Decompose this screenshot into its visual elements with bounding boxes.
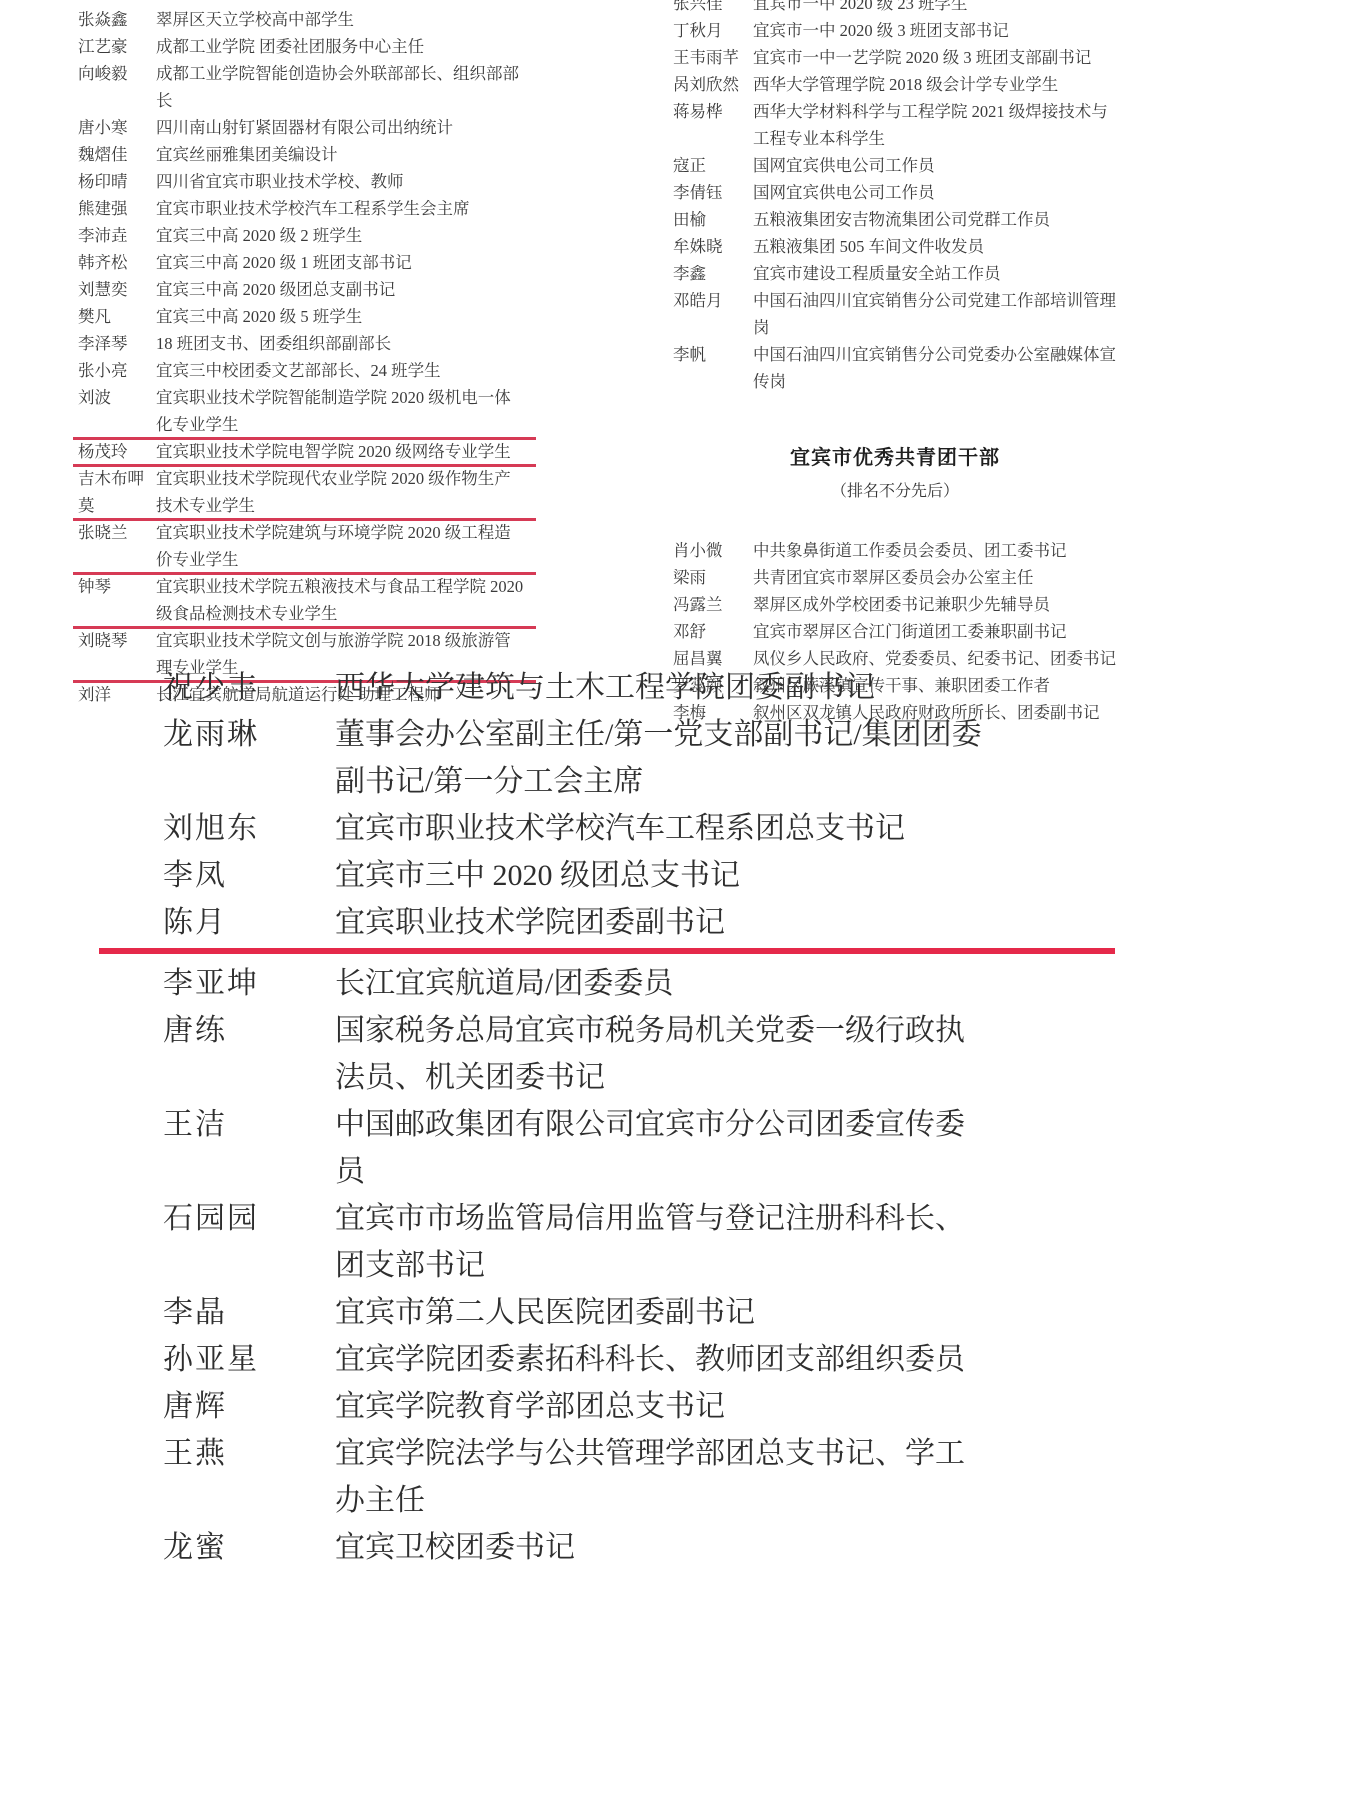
list-item: 王燕宜宾学院法学与公共管理学部团总支书记、学工办主任 [163, 1430, 993, 1524]
list-item: 刘慧奕宜宾三中高 2020 级团总支副书记 [78, 276, 526, 303]
person-position: 五粮液集团安吉物流集团公司党群工作员 [753, 206, 1117, 233]
person-position: 翠屏区天立学校高中部学生 [156, 6, 526, 33]
person-name: 向峻毅 [78, 60, 156, 87]
person-position: 宜宾三中高 2020 级 2 班学生 [156, 222, 526, 249]
person-name: 邓皓月 [673, 287, 753, 314]
person-name: 丁秋月 [673, 17, 753, 44]
person-position: 四川省宜宾市职业技术学校、教师 [156, 168, 526, 195]
list-item: 龙雨琳董事会办公室副主任/第一党支部副书记/集团团委副书记/第一分工会主席 [163, 711, 993, 805]
list-item: 刘波宜宾职业技术学院智能制造学院 2020 级机电一体化专业学生 [78, 384, 526, 438]
person-position: 西华大学管理学院 2018 级会计学专业学生 [753, 71, 1117, 98]
person-name: 肖小微 [673, 537, 753, 564]
person-name: 刘慧奕 [78, 276, 156, 303]
person-name: 张焱鑫 [78, 6, 156, 33]
person-name: 石园园 [163, 1195, 335, 1242]
person-name: 唐练 [163, 1007, 335, 1054]
list-item: 唐小寒四川南山射钉紧固器材有限公司出纳统计 [78, 114, 526, 141]
person-position: 宜宾市职业技术学校汽车工程系团总支书记 [335, 805, 993, 852]
list-item: 张小亮宜宾三中校团委文艺部部长、24 班学生 [78, 357, 526, 384]
person-name: 寇正 [673, 152, 753, 179]
list-item: 韩齐松宜宾三中高 2020 级 1 班团支部书记 [78, 249, 526, 276]
members-left-column: 张焱鑫翠屏区天立学校高中部学生江艺豪成都工业学院 团委社团服务中心主任向峻毅成都… [78, 6, 526, 708]
list-item: 李沛垚宜宾三中高 2020 级 2 班学生 [78, 222, 526, 249]
person-position: 宜宾市翠屏区合江门街道团工委兼职副书记 [753, 618, 1117, 645]
person-position: 宜宾卫校团委书记 [335, 1524, 993, 1571]
person-name: 牟姝晓 [673, 233, 753, 260]
person-position: 宜宾职业技术学院建筑与环境学院 2020 级工程造价专业学生 [156, 519, 526, 573]
list-item: 龙蜜宜宾卫校团委书记 [163, 1524, 993, 1571]
person-name: 钟琴 [78, 573, 156, 600]
list-item: 江艺豪成都工业学院 团委社团服务中心主任 [78, 33, 526, 60]
person-position: 宜宾学院法学与公共管理学部团总支书记、学工办主任 [335, 1430, 993, 1524]
list-item: 张兴佳宜宾市一中 2020 级 23 班学生 [673, 0, 1117, 17]
person-position: 宜宾三中高 2020 级 5 班学生 [156, 303, 526, 330]
person-name: 李凤 [163, 852, 335, 899]
list-item: 张晓兰宜宾职业技术学院建筑与环境学院 2020 级工程造价专业学生 [78, 519, 526, 573]
cadre-featured-list: 祝少丰西华大学建筑与土木工程学院团委副书记龙雨琳董事会办公室副主任/第一党支部副… [163, 664, 993, 1571]
list-item: 冯露兰翠屏区成外学校团委书记兼职少先辅导员 [673, 591, 1117, 618]
person-name: 王洁 [163, 1101, 335, 1148]
person-position: 宜宾市一中 2020 级 3 班团支部书记 [753, 17, 1117, 44]
person-name: 李亚坤 [163, 960, 335, 1007]
person-position: 西华大学材料科学与工程学院 2021 级焊接技术与工程专业本科学生 [753, 98, 1117, 152]
list-item: 刘旭东宜宾市职业技术学校汽车工程系团总支书记 [163, 805, 993, 852]
person-name: 熊建强 [78, 195, 156, 222]
list-item: 石园园宜宾市市场监管局信用监管与登记注册科科长、团支部书记 [163, 1195, 993, 1289]
person-position: 宜宾职业技术学院电智学院 2020 级网络专业学生 [156, 438, 526, 465]
list-item: 王韦雨芊宜宾市一中一艺学院 2020 级 3 班团支部副书记 [673, 44, 1117, 71]
list-item: 李倩钰国网宜宾供电公司工作员 [673, 179, 1117, 206]
list-item: 邓皓月中国石油四川宜宾销售分公司党建工作部培训管理岗 [673, 287, 1117, 341]
person-position: 成都工业学院 团委社团服务中心主任 [156, 33, 526, 60]
person-name: 江艺豪 [78, 33, 156, 60]
document-page: 张焱鑫翠屏区天立学校高中部学生江艺豪成都工业学院 团委社团服务中心主任向峻毅成都… [0, 0, 1346, 1795]
person-position: 董事会办公室副主任/第一党支部副书记/集团团委副书记/第一分工会主席 [335, 711, 993, 805]
person-name: 田榆 [673, 206, 753, 233]
person-name: 陈月 [163, 899, 335, 946]
person-name: 李沛垚 [78, 222, 156, 249]
person-position: 宜宾丝丽雅集团美编设计 [156, 141, 526, 168]
list-item: 熊建强宜宾市职业技术学校汽车工程系学生会主席 [78, 195, 526, 222]
person-name: 刘旭东 [163, 805, 335, 852]
cadre-section-subtitle: （排名不分先后） [673, 478, 1117, 501]
person-position: 中国石油四川宜宾销售分公司党委办公室融媒体宣传岗 [753, 341, 1117, 395]
cadre-section-title: 宜宾市优秀共青团干部 [673, 441, 1117, 470]
person-position: 宜宾三中校团委文艺部部长、24 班学生 [156, 357, 526, 384]
list-item: 蒋易桦西华大学材料科学与工程学院 2021 级焊接技术与工程专业本科学生 [673, 98, 1117, 152]
person-name: 李泽琴 [78, 330, 156, 357]
person-name: 祝少丰 [163, 664, 335, 711]
members-right-list: 张兴佳宜宾市一中 2020 级 23 班学生丁秋月宜宾市一中 2020 级 3 … [673, 0, 1117, 395]
person-position: 宜宾职业技术学院智能制造学院 2020 级机电一体化专业学生 [156, 384, 526, 438]
person-position: 长江宜宾航道局/团委委员 [335, 960, 993, 1007]
list-item: 李亚坤长江宜宾航道局/团委委员 [163, 960, 993, 1007]
person-name: 刘洋 [78, 681, 156, 708]
person-name: 梁雨 [673, 564, 753, 591]
person-position: 宜宾市第二人民医院团委副书记 [335, 1289, 993, 1336]
person-name: 张晓兰 [78, 519, 156, 546]
list-item: 杨印晴四川省宜宾市职业技术学校、教师 [78, 168, 526, 195]
person-position: 宜宾三中高 2020 级团总支副书记 [156, 276, 526, 303]
person-name: 龙蜜 [163, 1524, 335, 1571]
person-name: 樊凡 [78, 303, 156, 330]
person-name: 呙刘欣然 [673, 71, 753, 98]
person-position: 宜宾职业技术学院现代农业学院 2020 级作物生产技术专业学生 [156, 465, 526, 519]
list-item: 丁秋月宜宾市一中 2020 级 3 班团支部书记 [673, 17, 1117, 44]
person-name: 王燕 [163, 1430, 335, 1477]
person-name: 唐小寒 [78, 114, 156, 141]
person-position: 国网宜宾供电公司工作员 [753, 179, 1117, 206]
list-item: 唐辉宜宾学院教育学部团总支书记 [163, 1383, 993, 1430]
list-item: 祝少丰西华大学建筑与土木工程学院团委副书记 [163, 664, 993, 711]
list-item: 陈月宜宾职业技术学院团委副书记 [163, 899, 993, 946]
person-name: 李帆 [673, 341, 753, 368]
person-name: 杨印晴 [78, 168, 156, 195]
person-position: 成都工业学院智能创造协会外联部部长、组织部部长 [156, 60, 526, 114]
list-item: 钟琴宜宾职业技术学院五粮液技术与食品工程学院 2020 级食品检测技术专业学生 [78, 573, 526, 627]
person-name: 邓舒 [673, 618, 753, 645]
person-position: 翠屏区成外学校团委书记兼职少先辅导员 [753, 591, 1117, 618]
person-name: 张兴佳 [673, 0, 753, 17]
person-name: 龙雨琳 [163, 711, 335, 758]
list-item: 孙亚星宜宾学院团委素拓科科长、教师团支部组织委员 [163, 1336, 993, 1383]
list-item: 李帆中国石油四川宜宾销售分公司党委办公室融媒体宣传岗 [673, 341, 1117, 395]
person-position: 宜宾学院教育学部团总支书记 [335, 1383, 993, 1430]
person-name: 孙亚星 [163, 1336, 335, 1383]
list-item: 田榆五粮液集团安吉物流集团公司党群工作员 [673, 206, 1117, 233]
person-position: 宜宾市一中 2020 级 23 班学生 [753, 0, 1117, 17]
list-item: 樊凡宜宾三中高 2020 级 5 班学生 [78, 303, 526, 330]
person-name: 杨茂玲 [78, 438, 156, 465]
person-name: 韩齐松 [78, 249, 156, 276]
list-item: 邓舒宜宾市翠屏区合江门街道团工委兼职副书记 [673, 618, 1117, 645]
person-name: 刘晓琴 [78, 627, 156, 654]
person-position: 宜宾三中高 2020 级 1 班团支部书记 [156, 249, 526, 276]
person-position: 宜宾市市场监管局信用监管与登记注册科科长、团支部书记 [335, 1195, 993, 1289]
person-position: 18 班团支书、团委组织部副部长 [156, 330, 526, 357]
person-position: 中共象鼻街道工作委员会委员、团工委书记 [753, 537, 1117, 564]
person-name: 王韦雨芊 [673, 44, 753, 71]
list-item: 肖小微中共象鼻街道工作委员会委员、团工委书记 [673, 537, 1117, 564]
person-name: 吉木布呷莫 [78, 465, 156, 519]
list-item: 呙刘欣然西华大学管理学院 2018 级会计学专业学生 [673, 71, 1117, 98]
person-position: 宜宾职业技术学院团委副书记 [335, 899, 993, 946]
person-name: 李晶 [163, 1289, 335, 1336]
list-item: 王洁中国邮政集团有限公司宜宾市分公司团委宣传委员 [163, 1101, 993, 1195]
list-item: 唐练国家税务总局宜宾市税务局机关党委一级行政执法员、机关团委书记 [163, 1007, 993, 1101]
person-position: 中国石油四川宜宾销售分公司党建工作部培训管理岗 [753, 287, 1117, 341]
list-item: 魏熠佳宜宾丝丽雅集团美编设计 [78, 141, 526, 168]
person-name: 张小亮 [78, 357, 156, 384]
person-name: 李鑫 [673, 260, 753, 287]
person-position: 宜宾市三中 2020 级团总支书记 [335, 852, 993, 899]
members-right-column: 张兴佳宜宾市一中 2020 级 23 班学生丁秋月宜宾市一中 2020 级 3 … [673, 0, 1117, 726]
list-item: 杨茂玲宜宾职业技术学院电智学院 2020 级网络专业学生 [78, 438, 526, 465]
person-position: 西华大学建筑与土木工程学院团委副书记 [335, 664, 993, 711]
list-item: 李鑫宜宾市建设工程质量安全站工作员 [673, 260, 1117, 287]
list-item: 张焱鑫翠屏区天立学校高中部学生 [78, 6, 526, 33]
person-position: 国网宜宾供电公司工作员 [753, 152, 1117, 179]
person-position: 中国邮政集团有限公司宜宾市分公司团委宣传委员 [335, 1101, 993, 1195]
list-item: 李凤宜宾市三中 2020 级团总支书记 [163, 852, 993, 899]
person-name: 冯露兰 [673, 591, 753, 618]
person-position: 宜宾学院团委素拓科科长、教师团支部组织委员 [335, 1336, 993, 1383]
person-name: 刘波 [78, 384, 156, 411]
person-position: 宜宾职业技术学院五粮液技术与食品工程学院 2020 级食品检测技术专业学生 [156, 573, 526, 627]
person-position: 宜宾市一中一艺学院 2020 级 3 班团支部副书记 [753, 44, 1117, 71]
list-item: 梁雨共青团宜宾市翠屏区委员会办公室主任 [673, 564, 1117, 591]
list-item: 牟姝晓五粮液集团 505 车间文件收发员 [673, 233, 1117, 260]
person-position: 国家税务总局宜宾市税务局机关党委一级行政执法员、机关团委书记 [335, 1007, 993, 1101]
person-name: 李倩钰 [673, 179, 753, 206]
list-item: 向峻毅成都工业学院智能创造协会外联部部长、组织部部长 [78, 60, 526, 114]
list-item: 李泽琴18 班团支书、团委组织部副部长 [78, 330, 526, 357]
list-item: 李晶宜宾市第二人民医院团委副书记 [163, 1289, 993, 1336]
list-item: 寇正国网宜宾供电公司工作员 [673, 152, 1117, 179]
person-name: 魏熠佳 [78, 141, 156, 168]
person-name: 唐辉 [163, 1383, 335, 1430]
list-item: 吉木布呷莫宜宾职业技术学院现代农业学院 2020 级作物生产技术专业学生 [78, 465, 526, 519]
person-position: 五粮液集团 505 车间文件收发员 [753, 233, 1117, 260]
person-position: 四川南山射钉紧固器材有限公司出纳统计 [156, 114, 526, 141]
person-position: 宜宾市职业技术学校汽车工程系学生会主席 [156, 195, 526, 222]
person-position: 宜宾市建设工程质量安全站工作员 [753, 260, 1117, 287]
person-name: 蒋易桦 [673, 98, 753, 125]
person-position: 共青团宜宾市翠屏区委员会办公室主任 [753, 564, 1117, 591]
